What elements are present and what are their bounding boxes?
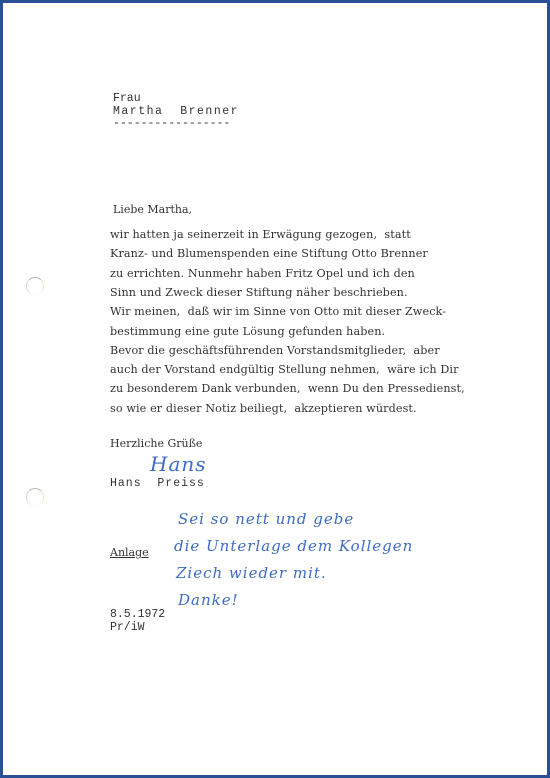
enclosure-label: Anlage <box>110 546 149 560</box>
handwritten-note-line: die Unterlage dem Kollegen <box>174 537 413 555</box>
body-line: so wie er dieser Notiz beiliegt, akzepti… <box>110 399 417 418</box>
recipient-divider: ----------------- <box>113 117 230 131</box>
body-line: auch der Vorstand endgültig Stellung neh… <box>110 360 459 379</box>
body-line: zu besonderem Dank verbunden, wenn Du de… <box>110 379 465 398</box>
body-line: wir hatten ja seinerzeit in Erwägung gez… <box>110 225 411 244</box>
recipient-salutation: Frau <box>113 92 141 106</box>
sender-name: Hans Preiss <box>110 477 205 491</box>
handwritten-note-line: Ziech wieder mit. <box>176 564 327 582</box>
body-line: Wir meinen, daß wir im Sinne von Otto mi… <box>110 302 446 321</box>
closing: Herzliche Grüße <box>110 437 202 451</box>
reference-initials: Pr/iW <box>110 621 145 635</box>
handwritten-note-line: Sei so nett und gebe <box>178 510 354 528</box>
handwritten-note-line: Danke! <box>178 591 239 609</box>
body-line: zu errichten. Nunmehr haben Fritz Opel u… <box>110 264 415 283</box>
letter-date: 8.5.1972 <box>110 608 165 622</box>
punch-hole-bottom <box>26 488 44 506</box>
body-line: Kranz- und Blumenspenden eine Stiftung O… <box>110 244 428 263</box>
punch-hole-top <box>26 277 44 295</box>
body-line: Bevor die geschäftsführenden Vorstandsmi… <box>110 341 440 360</box>
greeting: Liebe Martha, <box>113 203 192 217</box>
handwritten-signature: Hans <box>150 452 207 476</box>
body-line: Sinn und Zweck dieser Stiftung näher bes… <box>110 283 408 302</box>
body-line: bestimmung eine gute Lösung gefunden hab… <box>110 322 385 341</box>
